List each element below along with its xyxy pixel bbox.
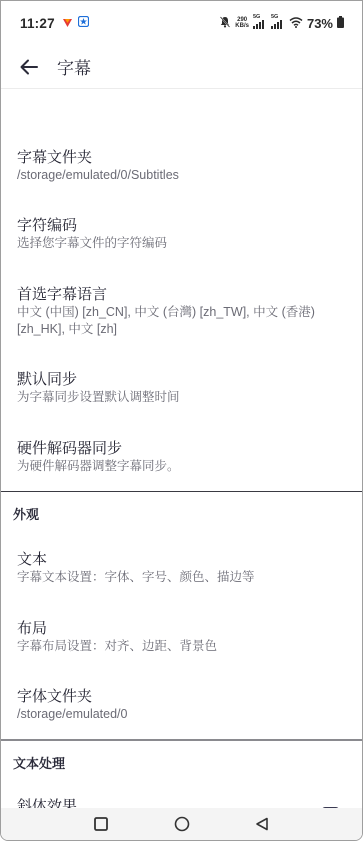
network-speed: 290 KB/s	[235, 17, 249, 29]
section-header-appearance: 外观	[13, 504, 39, 523]
triangle-back-icon	[255, 817, 269, 831]
wifi-icon	[289, 16, 303, 31]
setting-hw-decoder-sync[interactable]: 硬件解码器同步 为硬件解码器调整字幕同步。	[17, 439, 346, 474]
app-badge-icon	[78, 14, 89, 32]
signal-icon-2: 5G	[271, 17, 285, 29]
square-icon	[94, 817, 108, 831]
setting-subtitle-folder[interactable]: 字幕文件夹 /storage/emulated/0/Subtitles	[17, 148, 346, 183]
back-nav-button[interactable]	[254, 816, 270, 832]
setting-font-folder[interactable]: 字体文件夹 /storage/emulated/0	[17, 687, 346, 722]
arrow-back-icon	[20, 59, 38, 75]
battery-percent: 73%	[307, 16, 333, 31]
app-bar: 字幕	[1, 45, 362, 89]
back-button[interactable]	[17, 55, 41, 79]
status-time: 11:27	[20, 16, 55, 31]
page-title: 字幕	[57, 54, 91, 79]
app-notification-icon	[63, 14, 72, 32]
section-divider	[1, 739, 362, 741]
setting-layout[interactable]: 布局 字幕布局设置：对齐、边距、背景色	[17, 619, 346, 654]
status-indicators: 290 KB/s 5G 5G 73%	[219, 16, 344, 31]
home-button[interactable]	[174, 816, 190, 832]
setting-character-encoding[interactable]: 字符编码 选择您字幕文件的字符编码	[17, 216, 346, 251]
system-nav-bar	[1, 808, 362, 840]
recents-button[interactable]	[93, 816, 109, 832]
notification-icons	[63, 14, 89, 32]
section-header-text-processing-label: 文本处理	[13, 753, 65, 772]
status-bar: 11:27 290 KB/s 5G 5G	[1, 1, 362, 45]
battery-icon	[337, 16, 344, 31]
signal-icon-1: 5G	[253, 17, 267, 29]
section-divider	[1, 491, 362, 492]
circle-icon	[174, 816, 190, 832]
setting-text[interactable]: 文本 字幕文本设置：字体、字号、颜色、描边等	[17, 550, 346, 585]
mute-bell-icon	[219, 16, 231, 31]
setting-preferred-language[interactable]: 首选字幕语言 中文 (中国) [zh_CN], 中文 (台灣) [zh_TW],…	[17, 285, 346, 338]
screen: 11:27 290 KB/s 5G 5G	[0, 0, 363, 841]
setting-default-sync[interactable]: 默认同步 为字幕同步设置默认调整时间	[17, 370, 346, 405]
